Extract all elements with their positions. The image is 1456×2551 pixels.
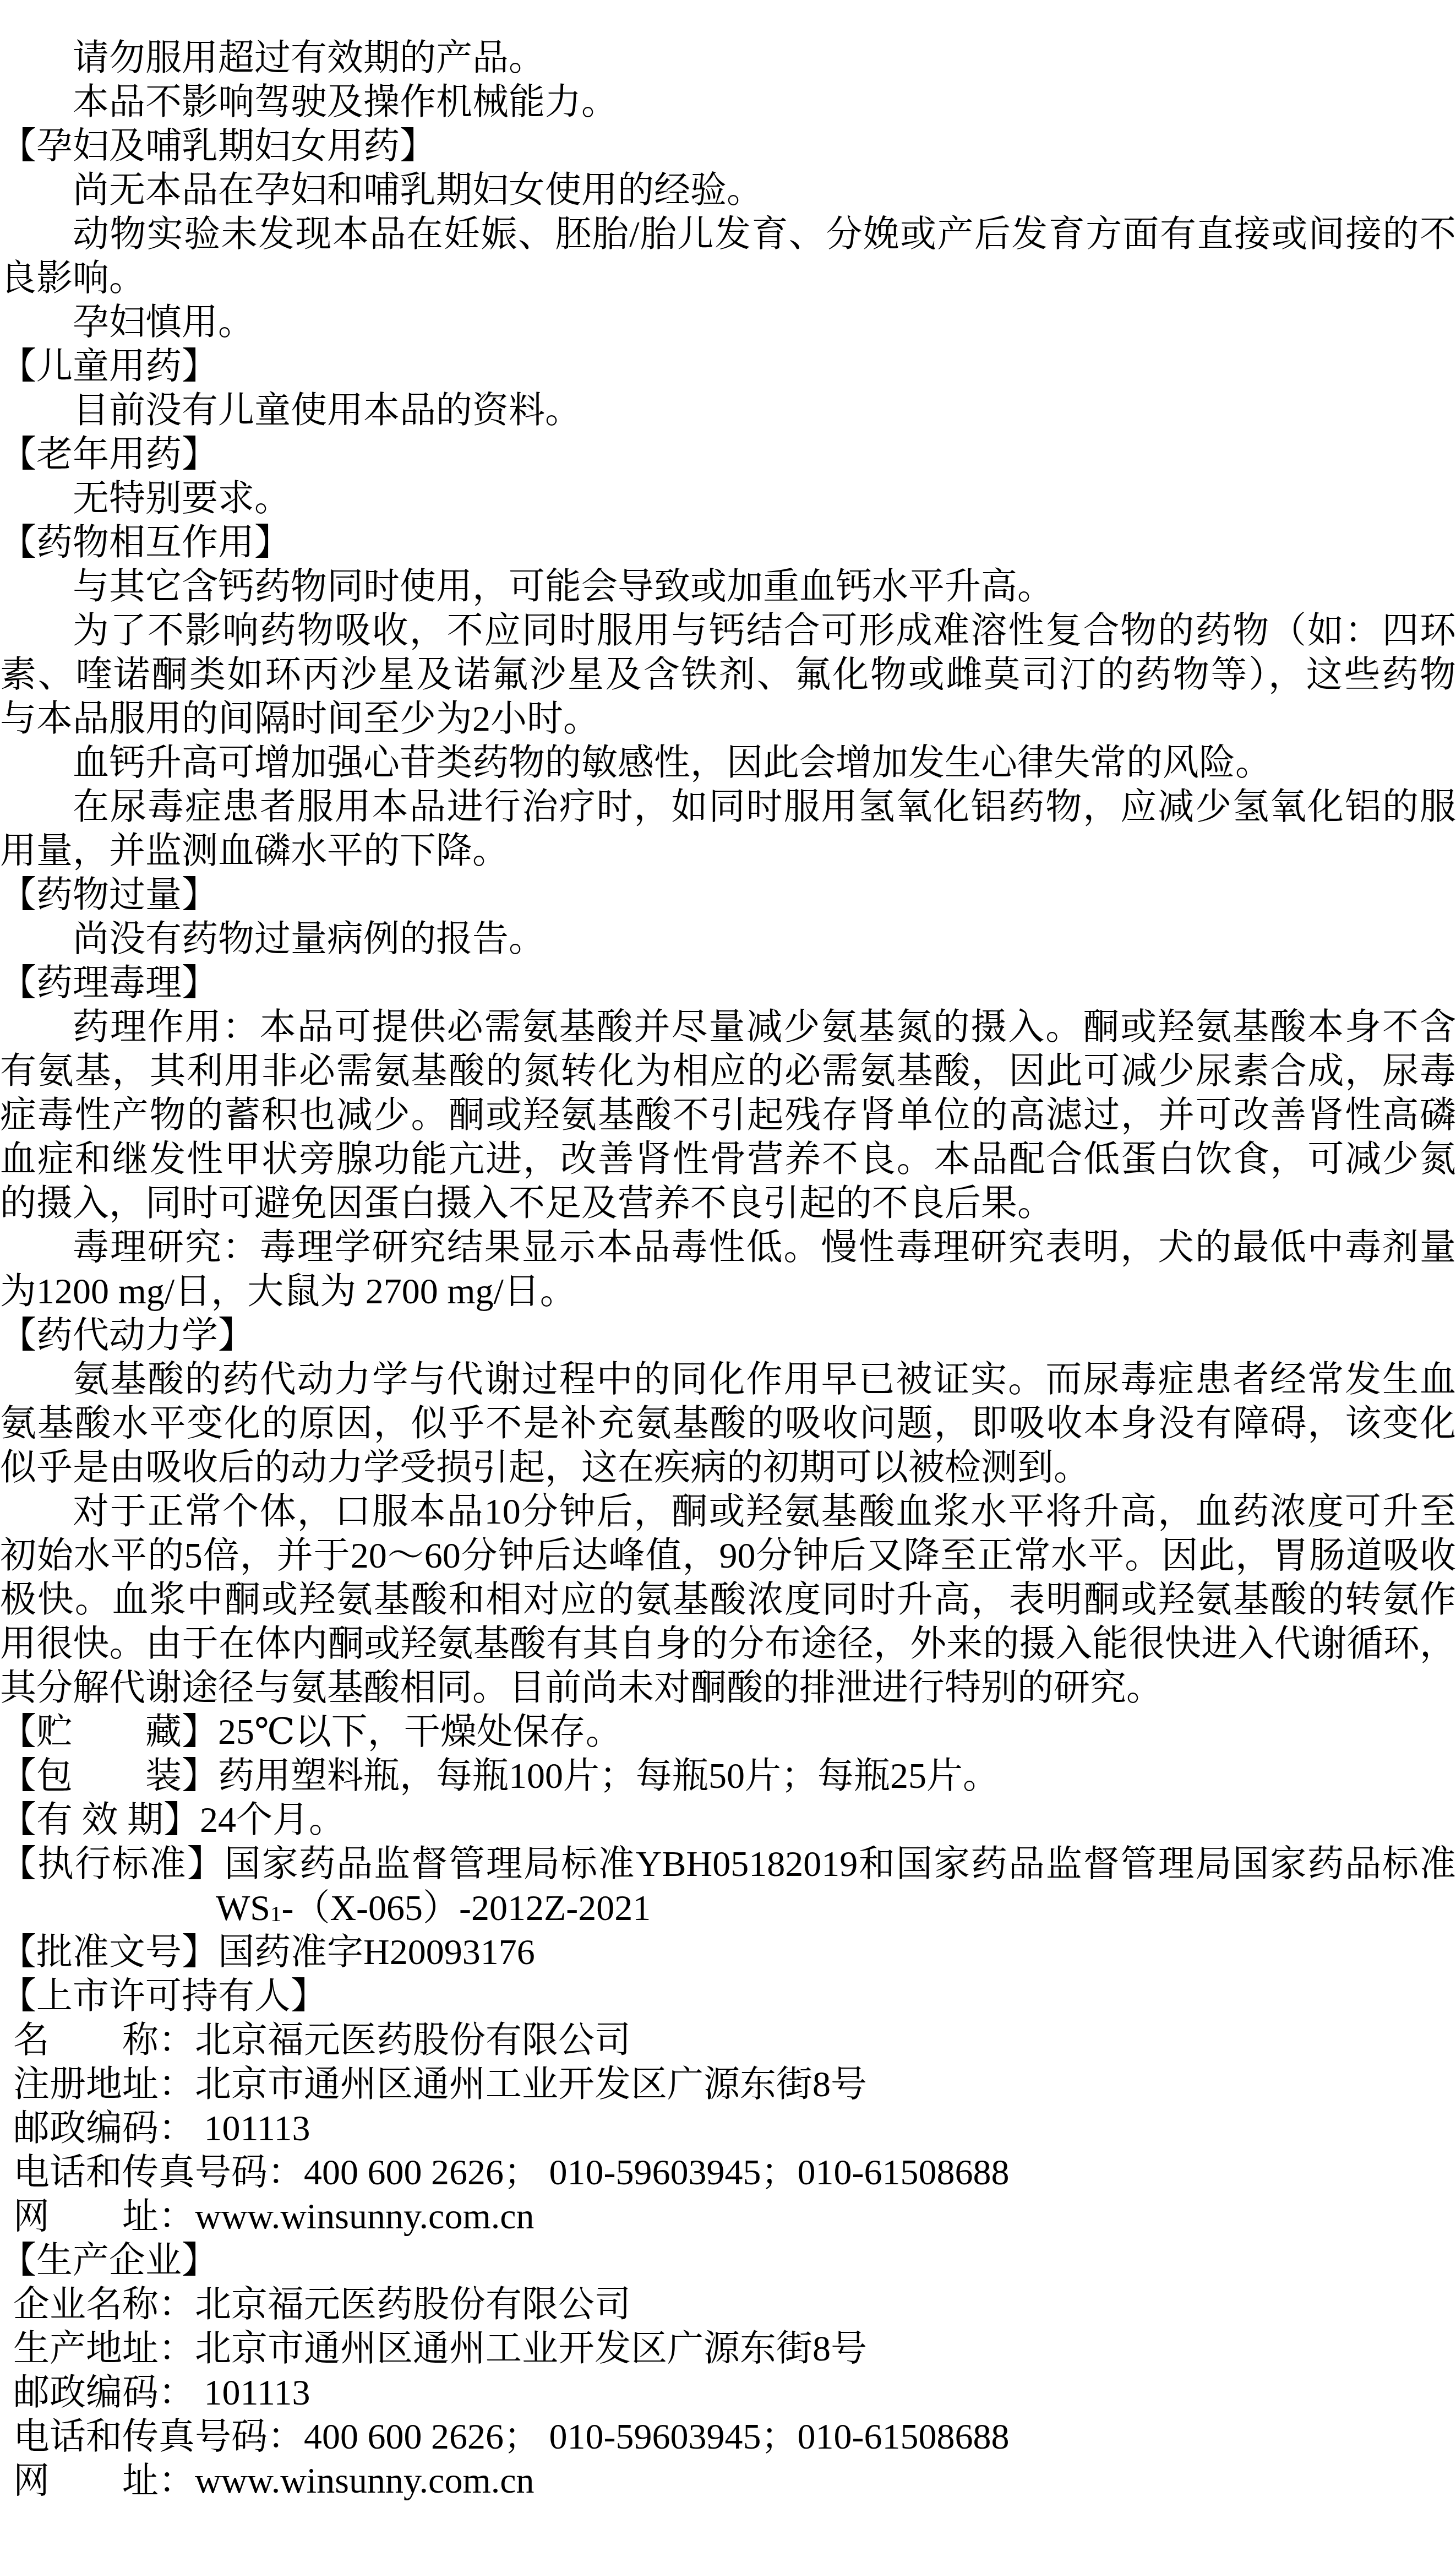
para-line: 素、喹诺酮类如环丙沙星及诺氟沙星及含铁剂、氟化物或雌莫司汀的药物等），这些药物 bbox=[0, 653, 1456, 697]
section-title-drug-interactions: 【药物相互作用】 bbox=[0, 521, 1456, 565]
section-line-approval-number: 【批准文号】国药准字H20093176 bbox=[0, 1930, 1456, 1975]
field-line-holder-website: 网 址：www.winsunny.com.cn bbox=[0, 2195, 1456, 2239]
field-line-manufacturer-name: 企业名称：北京福元医药股份有限公司 bbox=[0, 2283, 1456, 2327]
section-line-executive-standard: 【执行标准】国家药品监督管理局标准YBH05182019和国家药品监督管理局国家… bbox=[0, 1842, 1456, 1886]
section-title-pharmacokinetics: 【药代动力学】 bbox=[0, 1314, 1456, 1358]
para-line: 无特别要求。 bbox=[0, 477, 1456, 521]
para-line: 请勿服用超过有效期的产品。 bbox=[0, 36, 1456, 80]
para-line: 良影响。 bbox=[0, 257, 1456, 301]
para-line: 尚无本品在孕妇和哺乳期妇女使用的经验。 bbox=[0, 168, 1456, 213]
para-line: 症毒性产物的蓄积也减少。酮或羟氨基酸不引起残存肾单位的高滤过，并可改善肾性高磷 bbox=[0, 1094, 1456, 1138]
para-line: 血钙升高可增加强心苷类药物的敏感性，因此会增加发生心律失常的风险。 bbox=[0, 741, 1456, 785]
field-line-manufacturer-production-address: 生产地址：北京市通州区通州工业开发区广源东街8号 bbox=[0, 2327, 1456, 2371]
para-line: 本品不影响驾驶及操作机械能力。 bbox=[0, 80, 1456, 124]
section-title-pharmacology-toxicology: 【药理毒理】 bbox=[0, 961, 1456, 1005]
field-line-holder-postal-code: 邮政编码： 101113 bbox=[0, 2107, 1456, 2151]
standard-code-rest: -（X-065）-2012Z-2021 bbox=[281, 1888, 651, 1928]
section-title-overdose: 【药物过量】 bbox=[0, 873, 1456, 917]
para-line: 有氨基，其利用非必需氨基酸的氮转化为相应的必需氨基酸，因此可减少尿素合成，尿毒 bbox=[0, 1049, 1456, 1094]
para-line: 初始水平的5倍，并于20～60分钟后达峰值，90分钟后又降至正常水平。因此，胃肠… bbox=[0, 1534, 1456, 1578]
standard-continuation-line: WS1-（X-065）-2012Z-2021 bbox=[0, 1886, 1456, 1930]
para-line: 的摄入，同时可避免因蛋白摄入不足及营养不良引起的不良后果。 bbox=[0, 1182, 1456, 1226]
field-line-manufacturer-postal-code: 邮政编码： 101113 bbox=[0, 2371, 1456, 2415]
para-line: 在尿毒症患者服用本品进行治疗时，如同时服用氢氧化铝药物，应减少氢氧化铝的服 bbox=[0, 785, 1456, 829]
para-line: 氨基酸的药代动力学与代谢过程中的同化作用早已被证实。而尿毒症患者经常发生血 bbox=[0, 1358, 1456, 1402]
field-line-holder-registered-address: 注册地址：北京市通州区通州工业开发区广源东街8号 bbox=[0, 2063, 1456, 2107]
section-line-shelf-life: 【有 效 期】24个月。 bbox=[0, 1798, 1456, 1842]
para-line: 目前没有儿童使用本品的资料。 bbox=[0, 389, 1456, 433]
para-line: 为了不影响药物吸收，不应同时服用与钙结合可形成难溶性复合物的药物（如：四环 bbox=[0, 609, 1456, 653]
para-line: 孕妇慎用。 bbox=[0, 301, 1456, 345]
para-line: 极快。血浆中酮或羟氨基酸和相对应的氨基酸浓度同时升高，表明酮或羟氨基酸的转氨作 bbox=[0, 1578, 1456, 1622]
section-line-packaging: 【包 装】药用塑料瓶，每瓶100片；每瓶50片；每瓶25片。 bbox=[0, 1754, 1456, 1798]
para-line: 药理作用：本品可提供必需氨基酸并尽量减少氨基氮的摄入。酮或羟氨基酸本身不含 bbox=[0, 1005, 1456, 1049]
para-line: 毒理研究：毒理学研究结果显示本品毒性低。慢性毒理研究表明，犬的最低中毒剂量 bbox=[0, 1226, 1456, 1270]
para-line: 动物实验未发现本品在妊娠、胚胎/胎儿发育、分娩或产后发育方面有直接或间接的不 bbox=[0, 213, 1456, 257]
para-line: 似乎是由吸收后的动力学受损引起，这在疾病的初期可以被检测到。 bbox=[0, 1446, 1456, 1490]
section-line-storage: 【贮 藏】25℃以下，干燥处保存。 bbox=[0, 1710, 1456, 1754]
field-line-holder-name: 名 称：北京福元医药股份有限公司 bbox=[0, 2019, 1456, 2063]
field-line-holder-phone-fax: 电话和传真号码：400 600 2626； 010-59603945；010-6… bbox=[0, 2151, 1456, 2195]
para-line: 与其它含钙药物同时使用，可能会导致或加重血钙水平升高。 bbox=[0, 565, 1456, 609]
section-title-license-holder: 【上市许可持有人】 bbox=[0, 1975, 1456, 2019]
para-line: 血症和继发性甲状旁腺功能亢进，改善肾性骨营养不良。本品配合低蛋白饮食，可减少氮 bbox=[0, 1138, 1456, 1182]
para-line: 氨基酸水平变化的原因，似乎不是补充氨基酸的吸收问题，即吸收本身没有障碍，该变化 bbox=[0, 1402, 1456, 1446]
para-line: 尚没有药物过量病例的报告。 bbox=[0, 917, 1456, 961]
para-line: 对于正常个体，口服本品10分钟后，酮或羟氨基酸血浆水平将升高，血药浓度可升至 bbox=[0, 1490, 1456, 1534]
para-line: 用很快。由于在体内酮或羟氨基酸有其自身的分布途径，外来的摄入能很快进入代谢循环， bbox=[0, 1622, 1456, 1666]
para-line: 为1200 mg/日，大鼠为 2700 mg/日。 bbox=[0, 1270, 1456, 1314]
section-title-pregnancy-lactation: 【孕妇及哺乳期妇女用药】 bbox=[0, 124, 1456, 168]
section-title-pediatric-use: 【儿童用药】 bbox=[0, 345, 1456, 389]
section-title-manufacturer: 【生产企业】 bbox=[0, 2239, 1456, 2283]
para-line: 其分解代谢途径与氨基酸相同。目前尚未对酮酸的排泄进行特别的研究。 bbox=[0, 1666, 1456, 1710]
standard-code-subscript: 1 bbox=[270, 1901, 281, 1926]
field-line-manufacturer-phone-fax: 电话和传真号码：400 600 2626； 010-59603945；010-6… bbox=[0, 2415, 1456, 2459]
field-line-manufacturer-website: 网 址：www.winsunny.com.cn bbox=[0, 2459, 1456, 2503]
section-title-geriatric-use: 【老年用药】 bbox=[0, 433, 1456, 477]
para-line: 用量，并监测血磷水平的下降。 bbox=[0, 829, 1456, 873]
drug-insert-document: 请勿服用超过有效期的产品。 本品不影响驾驶及操作机械能力。 【孕妇及哺乳期妇女用… bbox=[0, 0, 1456, 2551]
standard-code-prefix: WS bbox=[216, 1888, 270, 1928]
para-line: 与本品服用的间隔时间至少为2小时。 bbox=[0, 697, 1456, 741]
